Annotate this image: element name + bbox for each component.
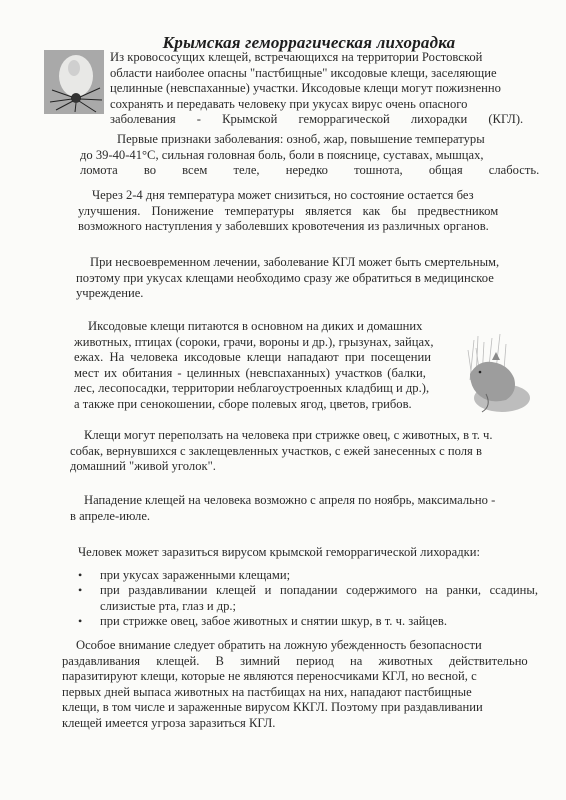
squirrel-illustration-icon [462, 330, 532, 416]
transfer-paragraph: Клещи могут переползать на человека при … [70, 428, 536, 475]
text-line: раздавливания клещей. В зимний период на… [62, 654, 542, 670]
text-line: ломота во всем теле, нередко тошнота, об… [80, 163, 532, 179]
text-line: собак, вернувшихся с заклещевленных учас… [70, 444, 536, 460]
text-line: Иксодовые клещи питаются в основном на д… [74, 319, 446, 335]
list-item: при стрижке овец, забое животных и сняти… [78, 614, 538, 630]
text-line: животных, птицах (сороки, грачи, вороны … [74, 335, 446, 351]
text-line: первых дней выпаса животных на пастбищах… [62, 685, 542, 701]
text-line: Клещи могут переползать на человека при … [70, 428, 536, 444]
text-line: При несвоевременном лечении, заболевание… [76, 255, 532, 271]
list-item: при раздавливании клещей и попадании сод… [78, 583, 538, 614]
text-line: поэтому при укусах клещами необходимо ср… [76, 271, 532, 287]
text-line: Нападение клещей на человека возможно с … [70, 493, 536, 509]
text-line: домашний "живой уголок". [70, 459, 536, 475]
infection-lead: Человек может заразиться вирусом крымско… [78, 545, 538, 561]
treatment-paragraph: При несвоевременном лечении, заболевание… [76, 255, 532, 302]
text-line: а также при сенокошении, сборе полевых я… [74, 397, 446, 413]
infection-routes-list: при укусах зараженными клещами; при разд… [78, 568, 538, 630]
document-page: Крымская геморрагическая лихорадка Из кр… [0, 0, 566, 800]
symptoms-paragraph: Первые признаки заболевания: озноб, жар,… [80, 132, 532, 179]
text-line: клещей имеется угроза заразиться КГЛ. [62, 716, 542, 732]
text-line: лес, лесопосадки, территории неблагоустр… [74, 381, 446, 397]
infection-paragraph: Человек может заразиться вирусом крымско… [78, 545, 538, 630]
list-item-text: при стрижке овец, забое животных и сняти… [100, 614, 447, 628]
list-item-text: при раздавливании клещей и попадании сод… [100, 583, 538, 613]
text-line: возможного наступления у заболевших кров… [78, 219, 532, 235]
tick-photo-icon [44, 50, 104, 114]
text-line: области наиболее опасны "пастбищные" икс… [110, 66, 532, 82]
hosts-paragraph: Иксодовые клещи питаются в основном на д… [74, 319, 446, 413]
text-line: паразитируют клещи, которые не являются … [62, 669, 542, 685]
text-line: улучшения. Понижение температуры являетс… [78, 204, 532, 220]
list-item-text: при укусах зараженными клещами; [100, 568, 290, 582]
season-paragraph: Нападение клещей на человека возможно с … [70, 493, 536, 524]
text-line: Особое внимание следует обратить на ложн… [62, 638, 542, 654]
text-line: Через 2-4 дня температура может снизитьс… [78, 188, 532, 204]
temperature-paragraph: Через 2-4 дня температура может снизитьс… [78, 188, 532, 235]
text-line: ежах. На человека иксодовые клещи напада… [74, 350, 446, 366]
text-line: до 39-40-41°С, сильная головная боль, бо… [80, 148, 532, 164]
text-line: целинные (невспаханные) участки. Иксодов… [110, 81, 532, 97]
text-line: мест их обитания - целинных (невспаханны… [74, 366, 446, 382]
text-line: сохранять и передавать человеку при укус… [110, 97, 532, 113]
text-line: Первые признаки заболевания: озноб, жар,… [80, 132, 532, 148]
list-item: при укусах зараженными клещами; [78, 568, 538, 584]
text-line: в апреле-июле. [70, 509, 536, 525]
intro-paragraph: Из кровососущих клещей, встречающихся на… [110, 50, 532, 128]
text-line: клещи, в том числе и зараженные вирусом … [62, 700, 542, 716]
text-line: заболевания - Крымской геморрагической л… [110, 112, 532, 128]
warning-paragraph: Особое внимание следует обратить на ложн… [62, 638, 542, 732]
text-line: учреждение. [76, 286, 532, 302]
text-line: Из кровососущих клещей, встречающихся на… [110, 50, 532, 66]
